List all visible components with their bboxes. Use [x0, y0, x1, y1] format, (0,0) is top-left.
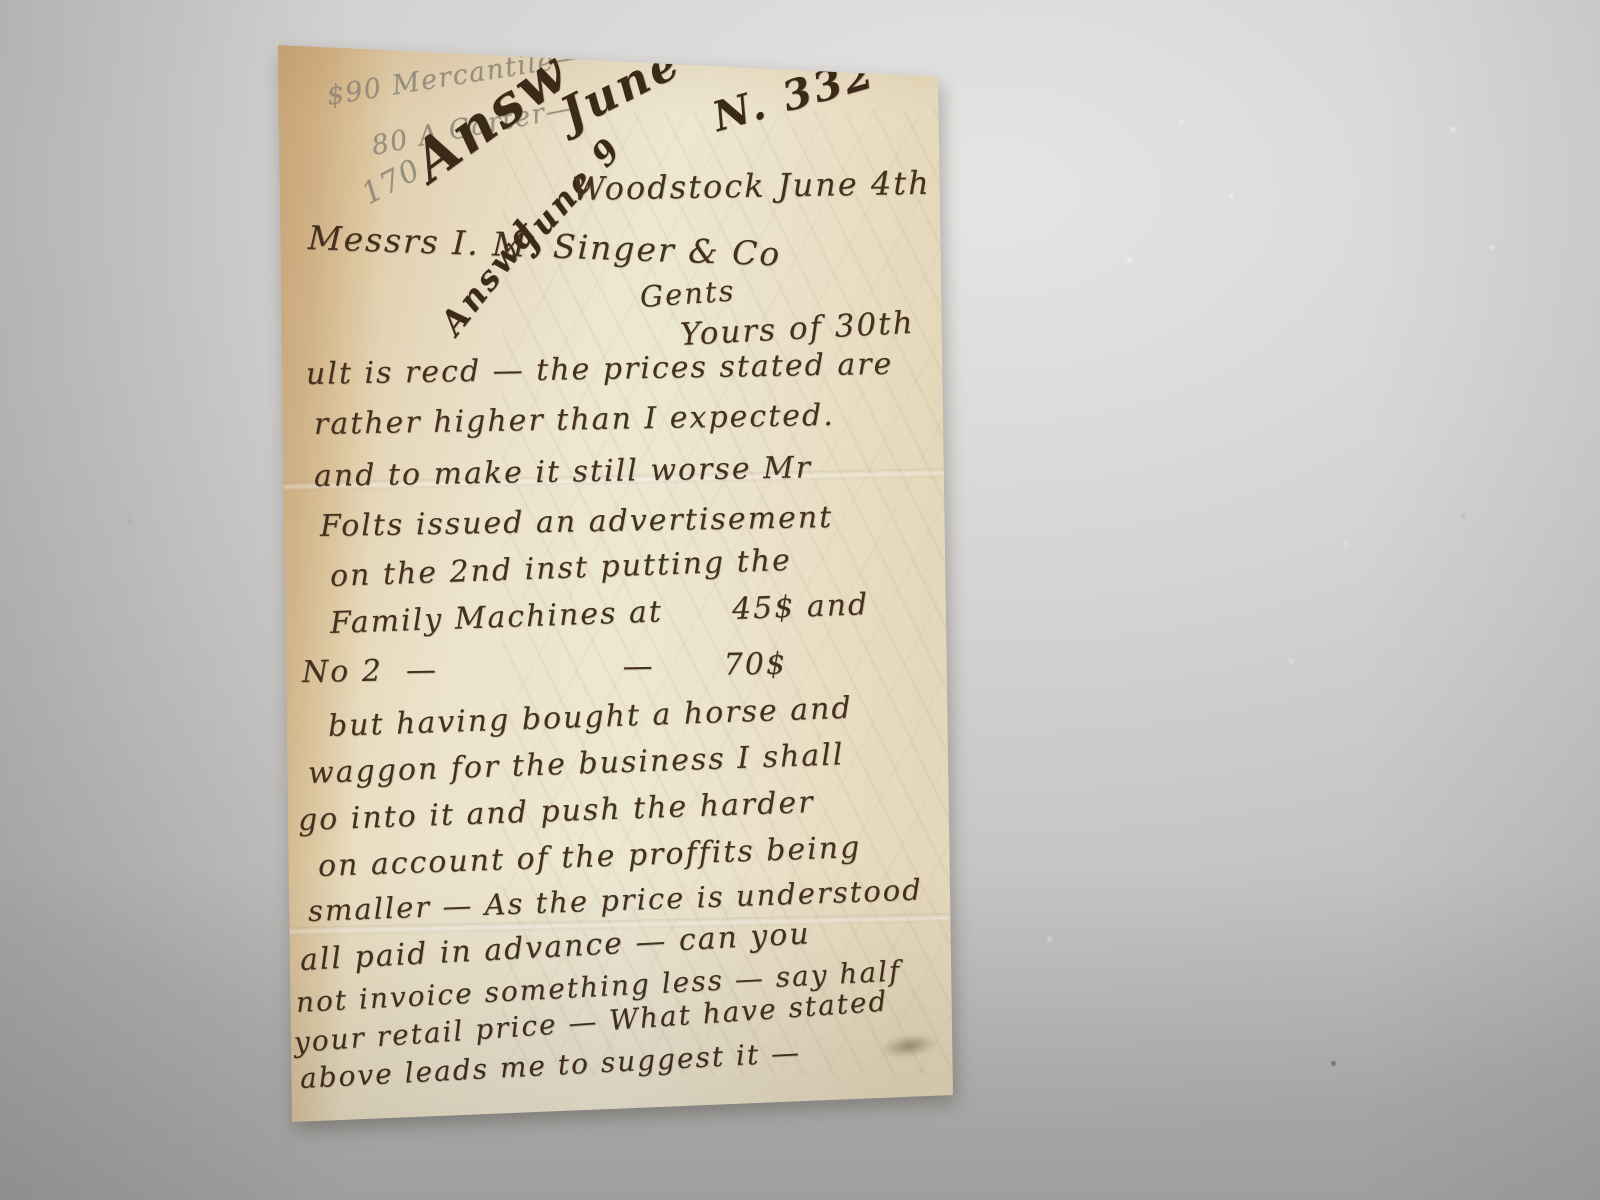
wall-texture-specks — [0, 0, 3, 3]
letter-line: go into it and push the harder — [297, 786, 815, 837]
letter-photo: $90 Mercantile— 80 A Carter— 170 Answ Ju… — [272, 40, 957, 1125]
letter-line: and to make it still worse Mr — [314, 451, 813, 493]
letter-place-date: Woodstock June 4th 1863 — [572, 164, 1033, 207]
wall-background: $90 Mercantile— 80 A Carter— 170 Answ Ju… — [0, 0, 1600, 1200]
letter-recipient: Messrs I. M. Singer & Co — [307, 220, 781, 273]
letter-line: ult is recd — the prices stated are — [306, 348, 894, 391]
letter-line: No 2 — — 70$ — [302, 648, 788, 689]
letter-line: on account of the proffits being — [317, 831, 861, 883]
letter-line: Family Machines at 45$ and — [329, 588, 869, 640]
dirt-smudge — [879, 1031, 939, 1061]
letter-paper: $90 Mercantile— 80 A Carter— 170 Answ Ju… — [272, 40, 957, 1125]
letter-opening: Yours of 30th — [679, 306, 915, 352]
letter-salutation: Gents — [639, 275, 737, 313]
letter-line: Folts issued an advertisement — [320, 501, 834, 543]
letter-line: on the 2nd inst putting the — [329, 544, 792, 593]
letter-line: waggon for the business I shall — [307, 738, 845, 790]
letter-line: rather higher than I expected. — [314, 399, 835, 441]
ink-docket-number: N. 332 — [708, 51, 881, 140]
letter-line: but having bought a horse and — [327, 692, 853, 743]
letter-line: smaller — As the price is understood — [307, 875, 923, 928]
